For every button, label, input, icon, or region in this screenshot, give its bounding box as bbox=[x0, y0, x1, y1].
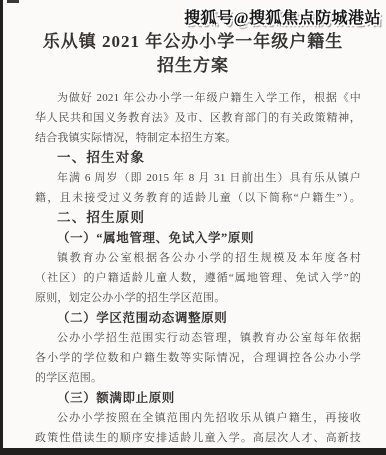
document-body: 为做好 2021 年公办小学一年级户籍生入学工作，根据《中华人民共和国义务教育法… bbox=[35, 88, 361, 448]
scan-edge-bottom bbox=[0, 448, 386, 455]
body-line: 原则，划定公办小学的招生学区范围。 bbox=[35, 288, 361, 308]
body-line: 结合我镇实际情况，特制定本招生方案。 bbox=[35, 128, 361, 148]
body-line: 籍，且未接受过义务教育的适龄儿童（以下简称“户籍生”）。 bbox=[35, 188, 361, 208]
body-line: 年满 6 周岁（即 2015 年 8 月 31 日前出生）具有乐从镇户 bbox=[35, 168, 361, 188]
subsection-heading: （三）额满即止原则 bbox=[35, 388, 361, 408]
section-heading: 二、招生原则 bbox=[35, 208, 361, 228]
body-line: 的学区范围。 bbox=[35, 368, 361, 388]
body-line: 公办小学按照在全镇范围内先招收乐从镇户籍生，再接收 bbox=[35, 408, 361, 428]
body-line: 政策性借读生的顺序安排适龄儿童入学。高层次人才、高新技 bbox=[35, 428, 361, 448]
scan-edge-left bbox=[0, 0, 3, 455]
scan-artifact-dash bbox=[7, 0, 19, 3]
subsection-heading: （二）学区范围动态调整原则 bbox=[35, 308, 361, 328]
subsection-heading: （一）“属地管理、免试入学”原则 bbox=[35, 228, 361, 248]
document-page: 搜狐号@搜狐焦点防城港站 乐从镇 2021 年公办小学一年级户籍生 招生方案 为… bbox=[0, 0, 386, 455]
section-heading: 一、招生对象 bbox=[35, 148, 361, 168]
body-line: 华人民共和国义务教育法》及市、区教育部门的有关政策精神， bbox=[35, 108, 361, 128]
title-line-1: 乐从镇 2021 年公办小学一年级户籍生 bbox=[0, 30, 386, 54]
body-line: 为做好 2021 年公办小学一年级户籍生入学工作，根据《中 bbox=[35, 88, 361, 108]
watermark-stamp: 搜狐号@搜狐焦点防城港站 bbox=[184, 5, 381, 28]
body-line: 公办小学招生范围实行动态管理，镇教育办公室每年依据 bbox=[35, 328, 361, 348]
body-line: （社区）的户籍适龄儿童人数，遵循“属地管理、免试入学”的 bbox=[35, 268, 361, 288]
body-line: 镇教育办公室根据各公办小学的招生规模及本年度各村 bbox=[35, 248, 361, 268]
title-line-2: 招生方案 bbox=[0, 54, 386, 78]
document-title: 乐从镇 2021 年公办小学一年级户籍生 招生方案 bbox=[0, 30, 386, 78]
body-line: 各小学的学位数和户籍生数等实际情况，合理调控各公办小学 bbox=[35, 348, 361, 368]
